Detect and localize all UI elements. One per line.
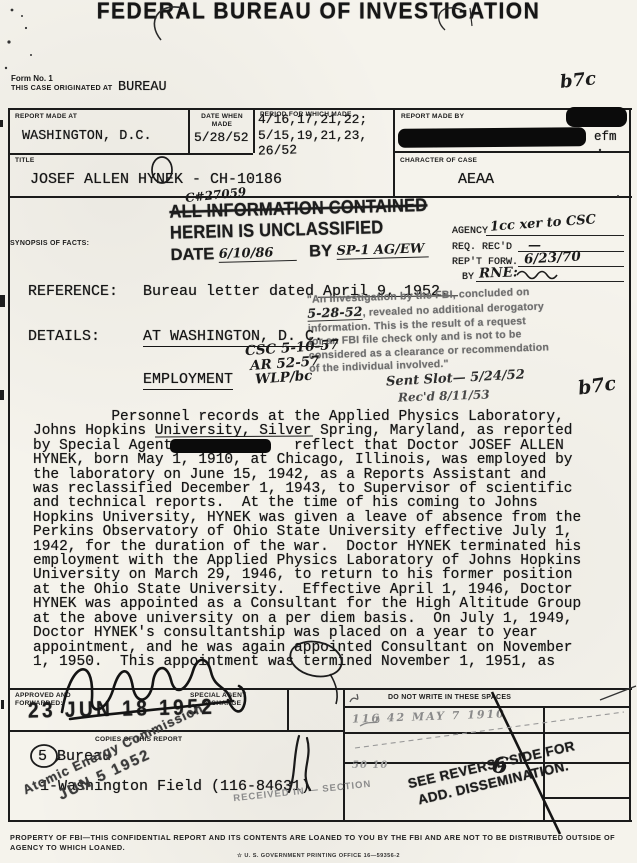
row1-bottom-right [393,151,630,153]
dnw-line-4 [543,797,630,799]
case-originated-label: THIS CASE ORIGINATED AT [11,84,112,92]
details-label: DETAILS: [28,328,100,345]
handwritten-b7c-mid: b7c [577,372,618,399]
unclassified-stamp: ALL INFORMATION CONTAINED HEREIN IS UNCL… [169,195,491,265]
period-value-line2: 5/15,19,21,23, [258,128,367,143]
routing-by-value: RNE: [479,264,518,281]
csc-note-3: WLP/bc [255,367,342,387]
period-value-line1: 4/16,17,21,22; [258,113,367,128]
pencil-file-note: 116 42 MAY 7 1910 [352,707,506,725]
handwritten-b7c-top: b7c [559,68,597,93]
agency-value: 1cc xer to CSC [490,212,597,234]
dnw-line-2 [343,732,630,734]
report-made-at-value: WASHINGTON, D.C. [22,129,152,144]
divider-col2 [253,108,255,153]
gpo-imprint: ☆ U. S. GOVERNMENT PRINTING OFFICE 16—59… [0,853,637,859]
req-recd-label: REQ. REC'D [452,242,512,253]
do-not-write-label: DO NOT WRITE IN THESE SPACES [388,694,511,702]
date-when-made-value: 5/28/52 [194,130,249,145]
scan-edge-smudges [0,120,5,709]
property-notice-line2: AGENCY TO WHICH LOANED. [10,843,125,852]
footer-top-line [8,688,632,690]
rept-forw-value: 6/23/70 [524,249,582,268]
property-notice-line1: PROPERTY OF FBI—THIS CONFIDENTIAL REPORT… [10,833,632,842]
form-number: Form No. 1 [11,74,53,83]
redaction-blob-corner [566,107,627,127]
redaction-bar-body [170,439,271,453]
table-border-left [8,108,10,820]
unclassified-stamp-date-label: DATE [170,245,214,264]
ink-scribble-fcell [350,694,358,702]
report-made-by-initials: efm [594,130,617,144]
routing-by-underline [476,281,624,282]
report-made-at-label: REPORT MADE AT [15,113,77,121]
row1-bottom-left [8,153,253,155]
footer-divider-special [287,688,289,730]
pencil-note-2: 50 10 [352,760,388,771]
redaction-bar-report-made-by [398,127,586,148]
character-of-case-label: CHARACTER OF CASE [400,157,477,165]
unclassified-stamp-by-value: SP-1 AG/EW [336,241,428,259]
agency-underline [486,235,624,236]
reference-label: REFERENCE: [28,283,118,300]
table-border-top [8,108,632,110]
unclassified-stamp-by-label: BY [309,242,332,261]
page-title: FEDERAL BUREAU OF INVESTIGATION [0,0,637,25]
handwritten-csc-notes: CSC 5-10-57 AR 52-57 WLP/bc [245,338,342,388]
case-originated-value: BUREAU [118,80,167,95]
character-of-case-value: AEAA [458,171,494,188]
copies-bureau-count: 5 [38,748,47,765]
employment-heading: EMPLOYMENT [143,371,233,390]
title-label: TITLE [15,157,35,165]
rept-forw-underline [518,266,624,267]
divider-col1 [188,108,190,153]
fbi-stamp-handwritten-date: 5-28-52 [307,304,363,322]
report-made-by-label: REPORT MADE BY [401,113,464,121]
synopsis-label: SYNOPSIS OF FACTS: [10,240,89,248]
handwritten-recd-note: Rec'd 8/11/53 [398,387,490,404]
table-border-right [629,108,631,820]
report-body-text: Personnel records at the Applied Physics… [33,410,581,669]
fbi-report-page: FEDERAL BUREAU OF INVESTIGATION Form No.… [0,0,637,863]
date-when-made-label: DATE WHEN MADE [196,113,248,128]
routing-by-label: BY [462,272,474,283]
fbi-investigation-stamp: "An Investigation by the FBI, concluded … [307,282,637,376]
period-value-line3: 26/52 [258,142,298,158]
rne-squiggle [517,272,557,279]
table-border-bottom [8,820,632,822]
unclassified-stamp-date-value: 6/10/86 [219,245,297,263]
scan-speckles [5,9,619,197]
agency-label: AGENCY [452,226,488,237]
